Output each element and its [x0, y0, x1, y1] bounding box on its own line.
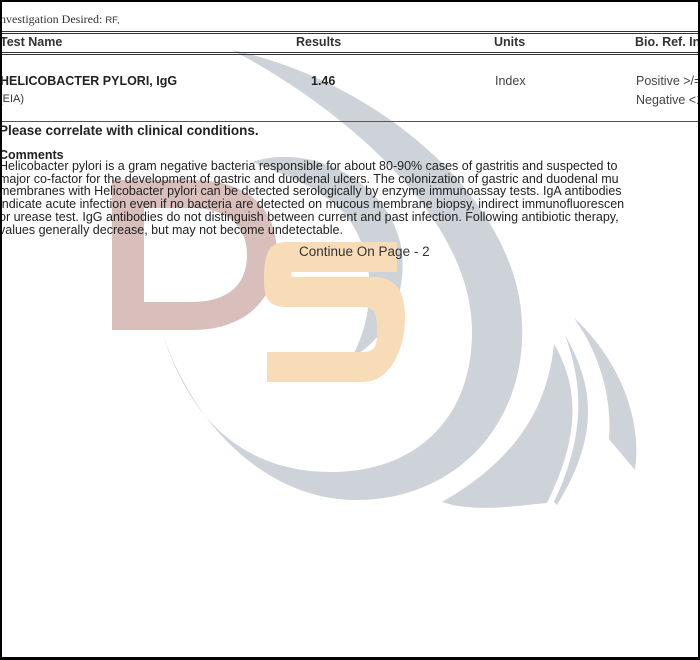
test-method: (EIA) — [0, 93, 24, 105]
letter-s — [264, 242, 405, 382]
header-results: Results — [296, 35, 341, 49]
comment-line: Helicobacter pylori is a gram negative b… — [0, 160, 624, 173]
header-units: Units — [494, 35, 525, 49]
divider — [2, 121, 700, 122]
header-bio-ref: Bio. Ref. In — [635, 35, 700, 49]
swirl-tail-3 — [574, 318, 636, 470]
comments-body: Helicobacter pylori is a gram negative b… — [0, 160, 624, 236]
investigation-label: nvestigation Desired: — [0, 12, 102, 26]
swirl-tail-1 — [442, 344, 572, 508]
report-page: nvestigation Desired: RF, Test Name Resu… — [0, 0, 700, 660]
comment-line: indicate acute infection even if no bact… — [0, 198, 624, 211]
test-unit: Index — [495, 74, 526, 88]
investigation-value: RF, — [105, 15, 119, 26]
table-header: Test Name Results Units Bio. Ref. In — [2, 31, 700, 55]
investigation-desired: nvestigation Desired: RF, — [0, 12, 120, 27]
comment-line: or urease test. IgG antibodies do not di… — [0, 211, 624, 224]
ref-range-positive: Positive >/= — [636, 74, 700, 88]
header-test-name: Test Name — [0, 35, 62, 49]
comment-line: values generally decrease, but may not b… — [0, 224, 624, 237]
continue-on-page: Continue On Page - 2 — [299, 244, 430, 259]
ds-logo-watermark — [2, 2, 700, 660]
swirl-tail-2 — [554, 335, 588, 505]
swirl-arc — [162, 50, 522, 500]
ref-range-negative: Negative <1 — [636, 93, 700, 107]
clinical-note: Please correlate with clinical condition… — [0, 123, 259, 138]
test-result: 1.46 — [311, 74, 335, 88]
test-name: HELICOBACTER PYLORI, IgG — [0, 74, 177, 88]
